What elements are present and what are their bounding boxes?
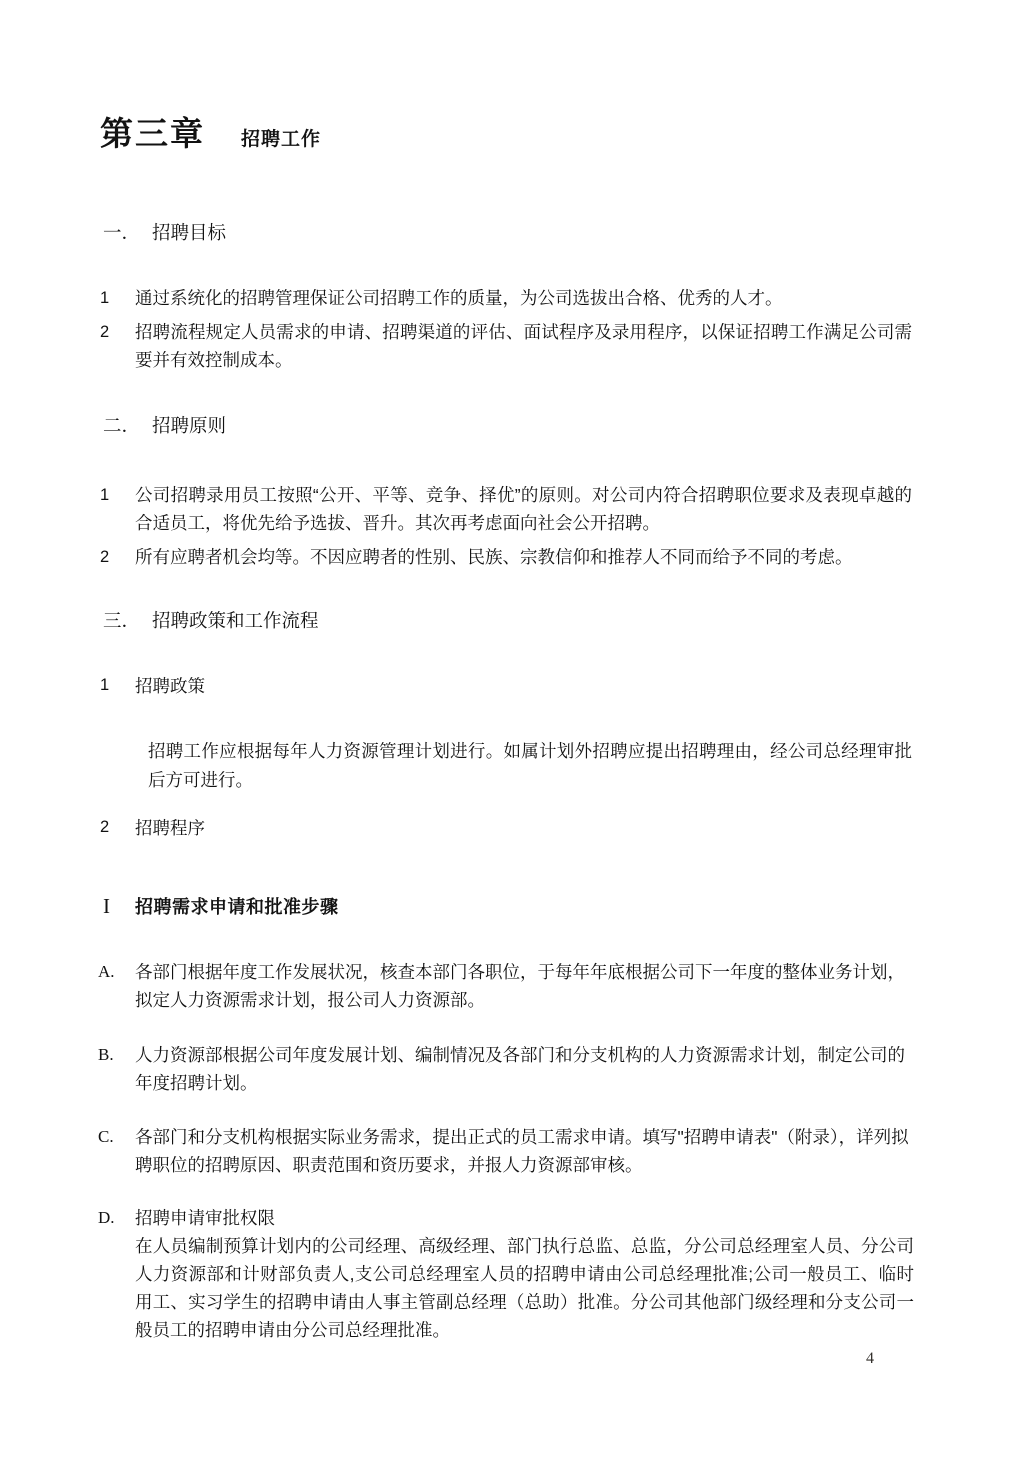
- procedure-heading-label: 招聘需求申请和批准步骤: [135, 893, 339, 919]
- item-number: 2: [100, 815, 135, 840]
- step-text: 在人员编制预算计划内的公司经理、高级经理、部门执行总监、总监，分公司总经理室人员…: [135, 1232, 914, 1344]
- section-label: 招聘政策和工作流程: [152, 607, 319, 633]
- item-text: 所有应聘者机会均等。不因应聘者的性别、民族、宗教信仰和推荐人不同而给予不同的考虑…: [135, 543, 912, 571]
- chapter-title: 招聘工作: [241, 124, 321, 151]
- chapter-number: 第三章: [100, 108, 205, 155]
- step-text: 人力资源部根据公司年度发展计划、编制情况及各部门和分支机构的人力资源需求计划，制…: [135, 1041, 914, 1097]
- principles-list: 1 公司招聘录用员工按照“公开、平等、竞争、择优”的原则。对公司内符合招聘职位要…: [100, 481, 912, 577]
- section-heading-policy-process: 三． 招聘政策和工作流程: [103, 607, 319, 633]
- item-number: 1: [100, 673, 135, 698]
- step-letter: D.: [98, 1204, 135, 1344]
- step-letter: B.: [98, 1041, 135, 1097]
- subsection-procedure: 2 招聘程序: [100, 815, 205, 840]
- document-page: 第三章 招聘工作 一． 招聘目标 1 通过系统化的招聘管理保证公司招聘工作的质量…: [0, 0, 1036, 1465]
- step-letter: C.: [98, 1123, 135, 1179]
- item-number: 2: [100, 543, 135, 571]
- roman-numeral: I: [103, 894, 135, 919]
- item-text: 招聘流程规定人员需求的申请、招聘渠道的评估、面试程序及录用程序，以保证招聘工作满…: [135, 318, 912, 374]
- procedure-step-a: A. 各部门根据年度工作发展状况，核查本部门各职位，于每年年底根据公司下一年度的…: [98, 958, 914, 1014]
- step-letter: A.: [98, 958, 135, 1014]
- procedure-step-b: B. 人力资源部根据公司年度发展计划、编制情况及各部门和分支机构的人力资源需求计…: [98, 1041, 914, 1097]
- section-heading-goals: 一． 招聘目标: [103, 219, 226, 245]
- page-number: 4: [866, 1350, 874, 1368]
- list-item: 2 所有应聘者机会均等。不因应聘者的性别、民族、宗教信仰和推荐人不同而给予不同的…: [100, 543, 912, 571]
- subsection-title: 招聘政策: [135, 673, 205, 698]
- section-marker: 二．: [103, 412, 140, 438]
- goals-list: 1 通过系统化的招聘管理保证公司招聘工作的质量，为公司选拔出合格、优秀的人才。 …: [100, 284, 912, 380]
- procedure-step-d: D. 招聘申请审批权限 在人员编制预算计划内的公司经理、高级经理、部门执行总监、…: [98, 1204, 914, 1344]
- step-body: 招聘申请审批权限 在人员编制预算计划内的公司经理、高级经理、部门执行总监、总监，…: [135, 1204, 914, 1344]
- step-title: 招聘申请审批权限: [135, 1204, 914, 1232]
- item-number: 1: [100, 481, 135, 537]
- subsection-title: 招聘程序: [135, 815, 205, 840]
- item-number: 1: [100, 284, 135, 312]
- chapter-heading: 第三章 招聘工作: [100, 108, 321, 155]
- item-text: 通过系统化的招聘管理保证公司招聘工作的质量，为公司选拔出合格、优秀的人才。: [135, 284, 912, 312]
- procedure-step-c: C. 各部门和分支机构根据实际业务需求，提出正式的员工需求申请。填写"招聘申请表…: [98, 1123, 914, 1179]
- item-number: 2: [100, 318, 135, 374]
- step-text: 各部门和分支机构根据实际业务需求，提出正式的员工需求申请。填写"招聘申请表"（附…: [135, 1123, 914, 1179]
- section-heading-principles: 二． 招聘原则: [103, 412, 226, 438]
- step-text: 各部门根据年度工作发展状况，核查本部门各职位，于每年年底根据公司下一年度的整体业…: [135, 958, 914, 1014]
- list-item: 1 公司招聘录用员工按照“公开、平等、竞争、择优”的原则。对公司内符合招聘职位要…: [100, 481, 912, 537]
- section-marker: 三．: [103, 607, 140, 633]
- section-label: 招聘目标: [152, 219, 226, 245]
- item-text: 公司招聘录用员工按照“公开、平等、竞争、择优”的原则。对公司内符合招聘职位要求及…: [135, 481, 912, 537]
- policy-paragraph: 招聘工作应根据每年人力资源管理计划进行。如属计划外招聘应提出招聘理由，经公司总经…: [148, 737, 912, 795]
- list-item: 1 通过系统化的招聘管理保证公司招聘工作的质量，为公司选拔出合格、优秀的人才。: [100, 284, 912, 312]
- procedure-heading: I 招聘需求申请和批准步骤: [103, 893, 339, 919]
- section-label: 招聘原则: [152, 412, 226, 438]
- list-item: 2 招聘流程规定人员需求的申请、招聘渠道的评估、面试程序及录用程序，以保证招聘工…: [100, 318, 912, 374]
- section-marker: 一．: [103, 219, 140, 245]
- subsection-policy: 1 招聘政策: [100, 673, 205, 698]
